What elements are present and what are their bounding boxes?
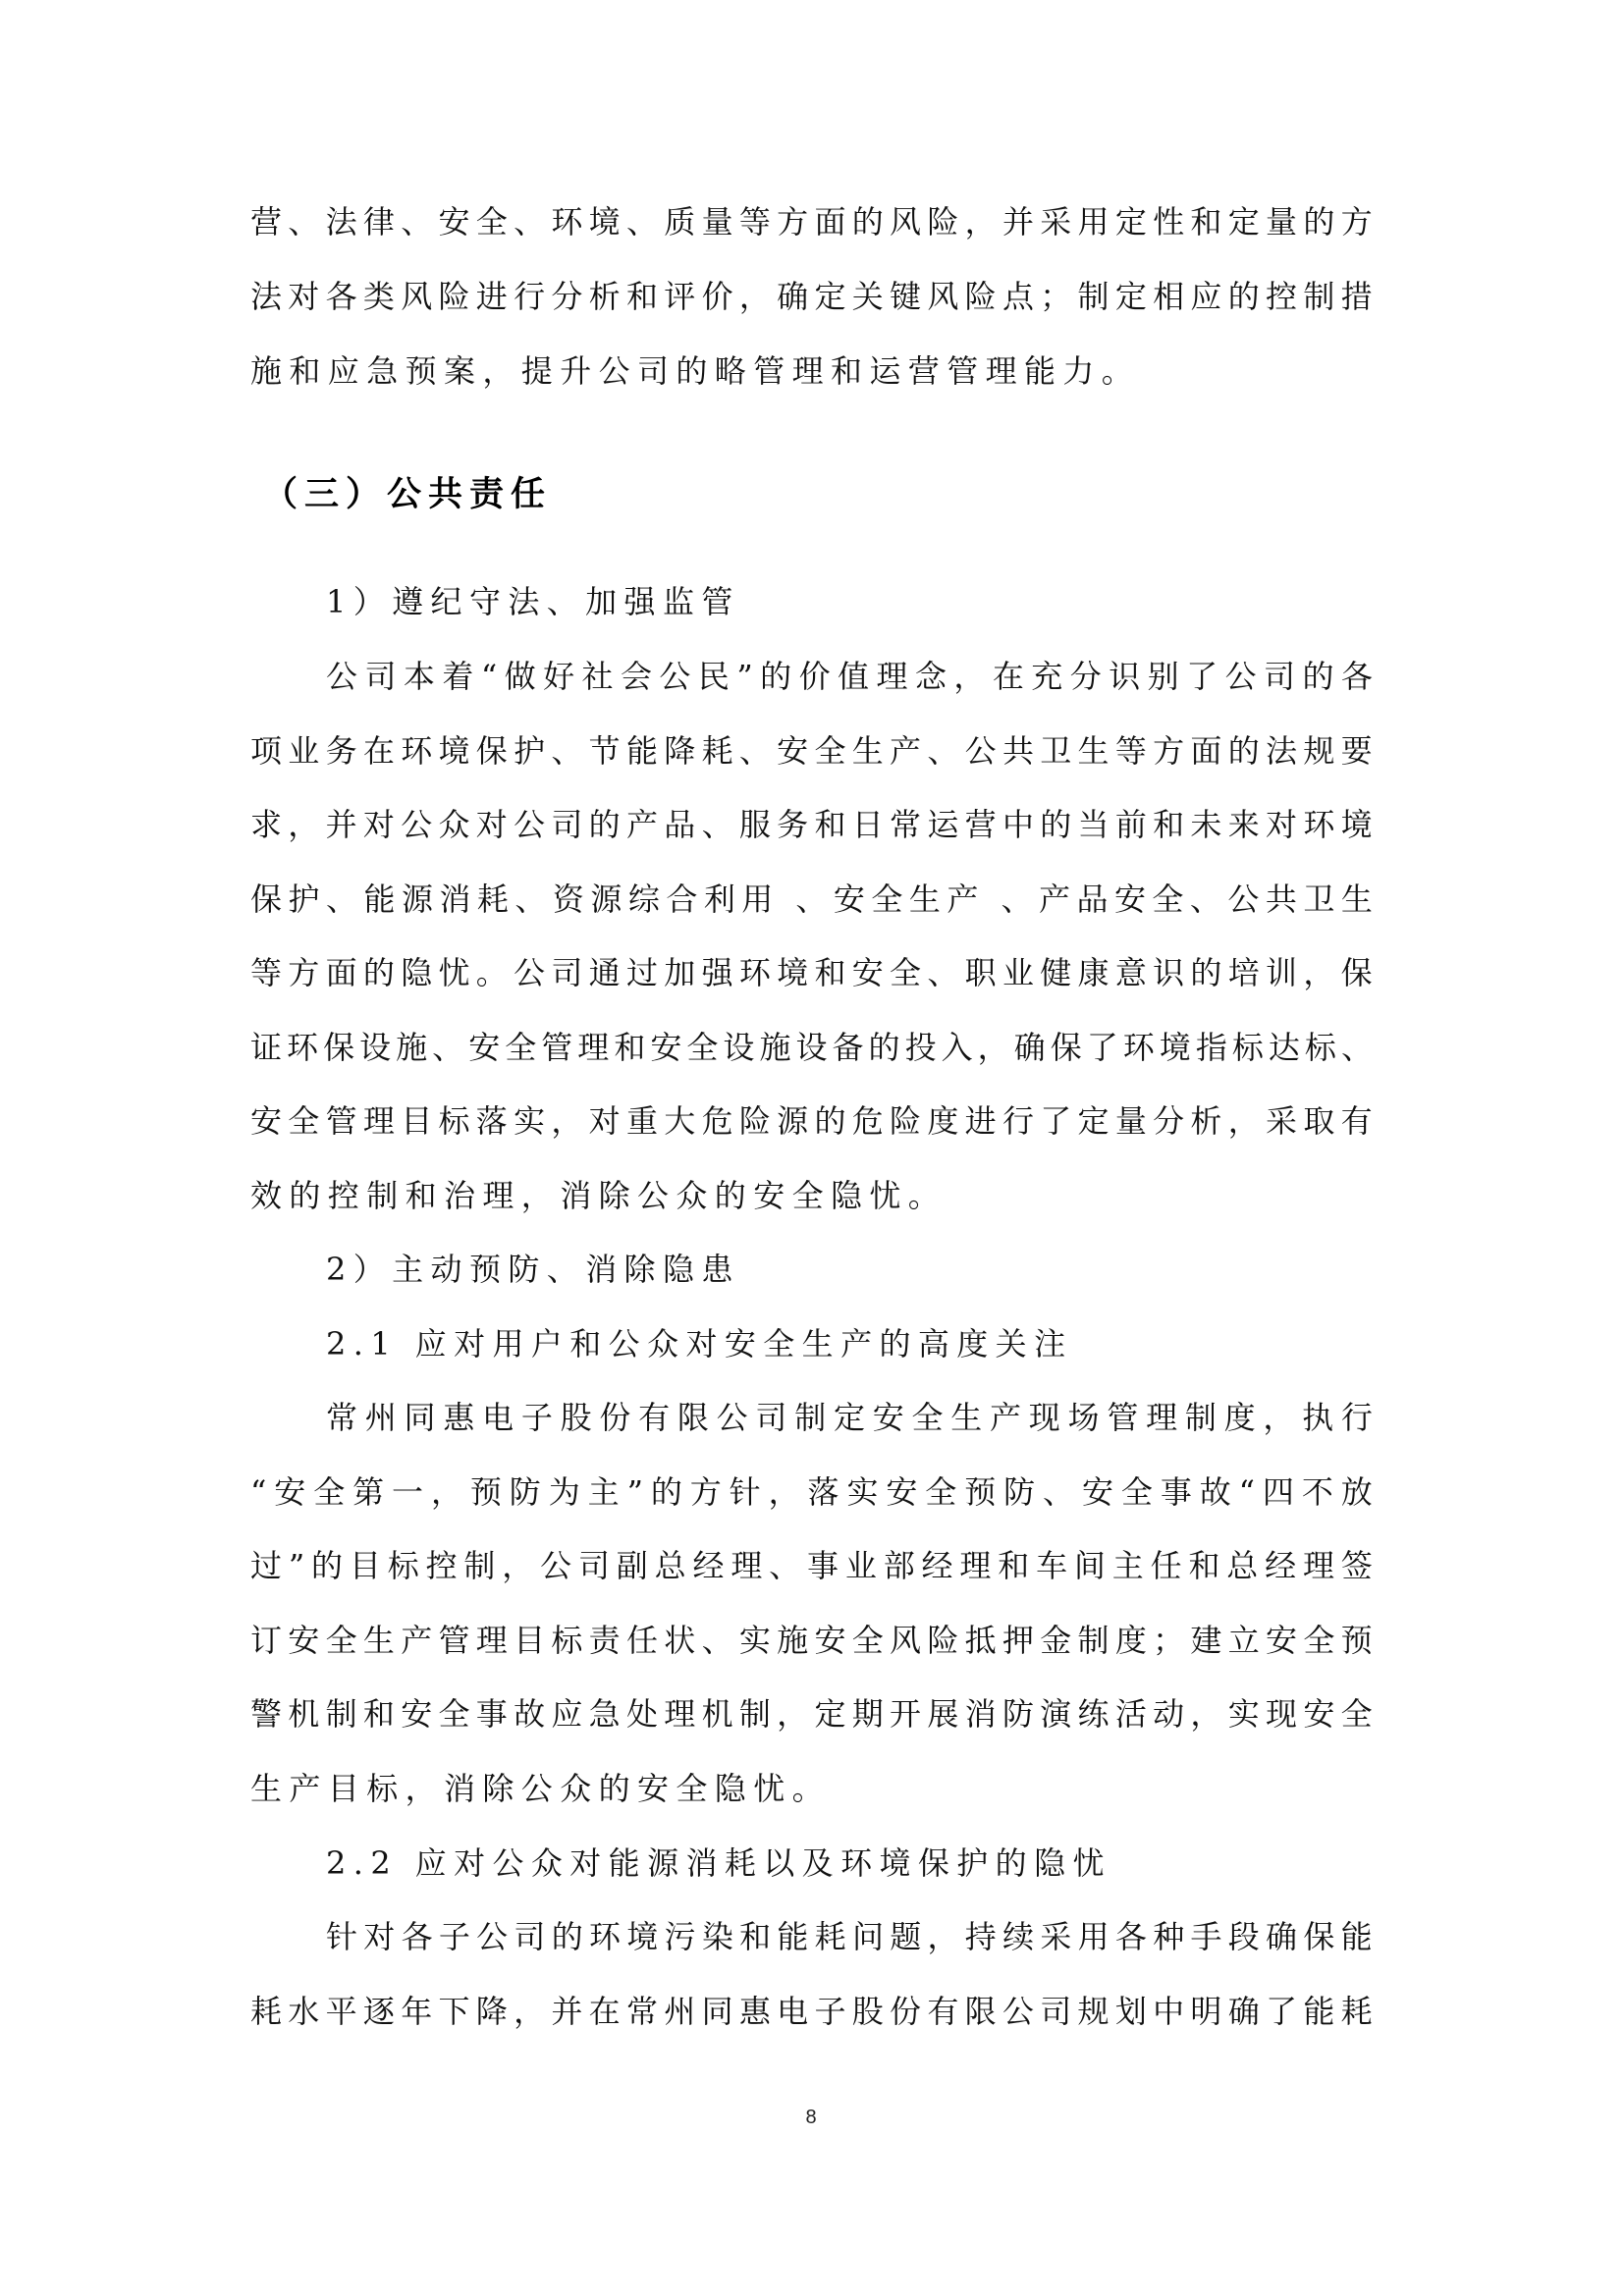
glyph: 度 [1115,1619,1147,1662]
glyph: 求 [250,803,282,846]
glyph: 在 [993,655,1024,698]
glyph: ， [1303,951,1334,994]
glyph: 公 [1225,655,1257,698]
glyph: 的 [1228,275,1260,318]
glyph: 境 [1341,803,1373,846]
glyph: 建 [1190,1619,1221,1662]
glyph: 份 [890,1990,921,2033]
glyph: 理 [959,1544,991,1587]
glyph: 副 [617,1544,648,1587]
glyph: 全 [852,1619,884,1662]
glyph: 要 [1341,729,1373,773]
glyph: 对 [589,1099,621,1143]
glyph: 、 [326,878,357,921]
glyph: 动 [1153,1692,1184,1735]
glyph: 定 [1078,1099,1110,1143]
glyph: 了 [1040,1099,1071,1143]
glyph: ， [1228,1099,1260,1143]
glyph: 源 [402,878,433,921]
glyph: ， [953,655,985,698]
glyph: 环 [551,200,582,243]
glyph: 电 [482,1396,514,1439]
glyph: 执 [1302,1396,1333,1439]
glyph: 制 [794,1396,826,1439]
glyph: 事 [1161,1470,1192,1514]
paragraph-line: 过”的目标控制，公司副总经理、事业部经理和车间主任和总经理签 [250,1544,1373,1587]
glyph: 方 [777,200,808,243]
glyph: 处 [626,1692,658,1735]
glyph: 目 [401,1099,432,1143]
glyph: 全 [313,1470,345,1514]
glyph: 标 [1305,1026,1336,1069]
glyph: 的 [363,951,395,994]
glyph: 生 [909,878,941,921]
glyph: 产 [947,878,978,921]
subsection-title: 2.2 应对公众对能源消耗以及环境保护的隐忧 [326,1842,1373,1885]
glyph: 前 [1115,803,1147,846]
glyph: ， [928,1915,959,1958]
glyph: 大 [664,1099,695,1143]
glyph: 抵 [965,1619,997,1662]
glyph: 、 [927,951,958,994]
glyph: 和 [363,1692,395,1735]
glyph: 、 [626,200,658,243]
glyph: 实 [739,1619,771,1662]
paragraph-line: 效的控制和治理，消除公众的安全隐忧。 [250,1174,1373,1217]
paragraph-line: 警机制和安全事故应急处理机制，定期开展消防演练活动，实现安全 [250,1692,1373,1735]
glyph: 年 [401,1990,432,2033]
glyph: 施 [777,1619,808,1662]
glyph: 保 [323,1026,354,1069]
glyph: 公 [540,1544,571,1587]
glyph: “ [1239,1470,1255,1514]
glyph: 保 [1051,1026,1082,1069]
glyph: 在 [589,1990,621,2033]
glyph: 应 [1190,275,1221,318]
paragraph-line: 订安全生产管理目标责任状、实施安全风险抵押金制度；建立安全预 [250,1619,1373,1662]
glyph: 析 [589,275,621,318]
glyph: 现 [1266,1692,1297,1735]
glyph: 的 [869,1026,900,1069]
glyph: 的 [814,1099,845,1143]
glyph: 对 [288,275,319,318]
glyph: 措 [1341,275,1373,318]
glyph: 常 [326,1396,357,1439]
glyph: 隐 [401,951,432,994]
glyph: 生 [363,1619,395,1662]
glyph: 等 [250,951,282,994]
glyph: 四 [1263,1470,1294,1514]
glyph: 规 [1078,1990,1110,2033]
glyph: 理 [876,655,907,698]
glyph: 职 [965,951,997,994]
paragraph-line: 施和应急预案，提升公司的略管理和运营管理能力。 [250,349,1373,393]
glyph: 确 [777,275,808,318]
glyph: 全 [1121,1470,1153,1514]
glyph: 安 [401,1692,432,1735]
glyph: 好 [543,655,574,698]
glyph: 全 [326,1619,357,1662]
glyph: 全 [476,200,508,243]
glyph: 环 [589,1915,621,1958]
glyph: 、 [769,1544,800,1587]
glyph: 公 [965,729,997,773]
glyph: 目 [514,1619,545,1662]
glyph: 度 [927,1099,958,1143]
glyph: 规 [1303,729,1334,773]
glyph: 、 [795,878,827,921]
glyph: 律 [363,200,395,243]
glyph: 风 [890,1619,921,1662]
glyph: 公 [326,655,357,698]
glyph: 采 [1266,1099,1297,1143]
glyph: 控 [1266,275,1297,318]
glyph: 、 [702,803,733,846]
glyph: 耗 [477,878,509,921]
glyph: 并 [1002,200,1034,243]
glyph: 并 [326,803,357,846]
glyph: 键 [890,275,921,318]
glyph: 染 [702,1915,733,1958]
glyph: 达 [1269,1026,1300,1069]
paragraph-line: 针对各子公司的环境污染和能耗问题，持续采用各种手段确保能 [326,1915,1373,1958]
glyph: 卫 [1303,878,1334,921]
glyph: 充 [1031,655,1062,698]
glyph: ” [289,1544,304,1587]
glyph: ， [769,1470,800,1514]
glyph: 管 [326,1099,357,1143]
glyph: 预 [470,1470,502,1514]
glyph: 做 [505,655,536,698]
glyph: 境 [1160,1026,1191,1069]
glyph: 险 [965,275,997,318]
glyph: 环 [287,1026,318,1069]
glyph: 不 [1302,1470,1333,1514]
glyph: 活 [1115,1692,1147,1735]
glyph: 现 [1029,1396,1060,1439]
glyph: 机 [702,1692,733,1735]
glyph: 主 [588,1470,620,1514]
glyph: 、 [514,878,546,921]
glyph: 持 [965,1915,997,1958]
glyph: 同 [405,1396,436,1439]
glyph: 定 [814,1692,845,1735]
glyph: 司 [551,803,582,846]
glyph: 标 [438,1099,469,1143]
glyph: 公 [401,803,432,846]
glyph: 防 [510,1470,541,1514]
glyph: 险 [890,1099,921,1143]
glyph: 险 [927,1619,958,1662]
glyph: 风 [401,275,432,318]
glyph: 进 [965,1099,997,1143]
glyph: 限 [965,1990,997,2033]
glyph: 对 [476,803,508,846]
glyph: 危 [852,1099,884,1143]
glyph: 、 [1341,1026,1373,1069]
glyph: 安 [1266,1619,1297,1662]
glyph: 分 [1153,1099,1184,1143]
glyph: 制 [1185,1396,1217,1439]
glyph: 全 [1152,878,1183,921]
glyph: 、 [702,1619,733,1662]
glyph: 耗 [1341,1990,1373,2033]
glyph: 制 [1078,275,1110,318]
glyph: 演 [1040,1692,1071,1735]
paragraph-line: 营、法律、安全、环境、质量等方面的风险，并采用定性和定量的方 [250,200,1373,243]
glyph: 公 [717,1396,748,1439]
glyph: 耗 [250,1990,282,2033]
glyph: 安 [873,1396,904,1439]
glyph: 采 [1040,1915,1071,1958]
glyph [985,878,995,921]
glyph: 关 [852,275,884,318]
glyph: 全 [438,1692,469,1735]
glyph: 全 [505,1026,536,1069]
glyph: 公 [476,1915,508,1958]
glyph: 为 [549,1470,580,1514]
glyph: 降 [664,729,695,773]
glyph: 子 [521,1396,553,1439]
glyph: 营 [250,200,282,243]
glyph: 逐 [363,1990,395,2033]
page-number: 8 [801,2107,821,2129]
glyph: 、 [1190,878,1221,921]
glyph: 的 [852,200,884,243]
glyph: 和 [1153,803,1184,846]
glyph: 环 [1123,1026,1155,1069]
glyph: 对 [1266,803,1297,846]
glyph: ” [736,655,752,698]
glyph: 耗 [815,1915,846,1958]
glyph: 评 [664,275,695,318]
glyph: 常 [626,1990,658,2033]
glyph: 项 [250,729,282,773]
glyph: 生 [950,1396,982,1439]
glyph: 全 [911,1396,943,1439]
glyph: 安 [274,1470,305,1514]
glyph: ， [288,803,319,846]
glyph: 安 [852,951,884,994]
glyph: 全 [1341,1692,1373,1735]
glyph: 公 [1227,878,1259,921]
glyph: 方 [690,1470,722,1514]
glyph: 任 [1151,1544,1182,1587]
glyph: 全 [890,951,921,994]
glyph: 方 [288,951,319,994]
glyph: 的 [1040,803,1071,846]
glyph: 司 [551,951,582,994]
glyph: 各 [1115,1915,1147,1958]
glyph: 价 [799,655,831,698]
glyph: 质 [664,200,695,243]
glyph: 务 [777,803,808,846]
glyph: 、 [927,729,958,773]
glyph: 能 [1303,1990,1334,2033]
glyph: 故 [514,1692,545,1735]
glyph: 管 [1107,1396,1138,1439]
glyph: 电 [777,1990,808,2033]
glyph: 总 [655,1544,686,1587]
glyph: 的 [760,655,791,698]
glyph: 康 [1078,951,1110,994]
glyph: 定 [834,1396,865,1439]
glyph: 、 [1043,1470,1074,1514]
glyph: 过 [250,1544,282,1587]
glyph: 并 [551,1990,582,2033]
glyph: 立 [1228,1619,1260,1662]
glyph: 保 [250,878,282,921]
glyph: 划 [1115,1990,1147,2033]
glyph: 押 [1002,1619,1034,1662]
glyph: 众 [438,803,469,846]
glyph: 源 [777,1099,808,1143]
glyph: 间 [1074,1544,1106,1587]
glyph: 量 [702,200,733,243]
glyph: 水 [288,1990,319,2033]
paragraph-line: 等方面的隐忧。公司通过加强环境和安全、职业健康意识的培训，保 [250,951,1373,994]
glyph: 保 [1341,951,1373,994]
glyph: 展 [927,1692,958,1735]
glyph: 全 [1303,1619,1334,1662]
glyph: 行 [514,275,545,318]
glyph: 警 [250,1692,282,1735]
glyph: ， [551,1099,582,1143]
glyph: 意 [1115,951,1147,994]
glyph: 未 [1190,803,1221,846]
glyph: 服 [739,803,771,846]
glyph: 各 [326,275,357,318]
glyph: 理 [577,1026,609,1069]
glyph: 日 [852,803,884,846]
paragraph-line: 求，并对公众对公司的产品、服务和日常运营中的当前和未来对环境 [250,803,1373,846]
glyph: 方 [1153,729,1184,773]
glyph: 司 [514,1915,545,1958]
glyph: 应 [551,1692,582,1735]
glyph: 和 [1190,200,1221,243]
glyph: 节 [589,729,621,773]
glyph: 取 [1303,1099,1334,1143]
glyph: 全 [814,729,845,773]
glyph: 用 [741,878,773,921]
glyph: 目 [350,1544,381,1587]
glyph: 和 [739,1915,771,1958]
glyph: ， [502,1544,533,1587]
glyph: 的 [1228,729,1260,773]
glyph: 段 [1228,1915,1260,1958]
glyph: 设 [795,1026,827,1069]
glyph: 和 [814,951,845,994]
glyph: 证 [250,1026,282,1069]
glyph: 题 [890,1915,921,1958]
glyph: 法 [250,275,282,318]
glyph: 公 [514,951,545,994]
glyph: 过 [626,951,658,994]
glyph: 预 [1341,1619,1373,1662]
glyph: ； [1153,1619,1184,1662]
glyph: 念 [915,655,947,698]
glyph: 指 [1196,1026,1227,1069]
glyph: 面 [814,200,845,243]
glyph: 定 [814,275,845,318]
glyph: 了 [1186,655,1218,698]
glyph: 经 [1265,1544,1296,1587]
glyph: 确 [1014,1026,1046,1069]
glyph: 确 [1266,1915,1297,1958]
section-heading: （三）公共责任 [263,473,552,516]
glyph: 司 [364,655,396,698]
glyph: 训 [1266,951,1297,994]
glyph: 别 [1148,655,1179,698]
glyph: 行 [1341,1396,1373,1439]
glyph: 合 [666,878,697,921]
glyph: 护 [288,878,319,921]
glyph: 加 [664,951,695,994]
glyph: 有 [638,1396,670,1439]
glyph: 备 [833,1026,864,1069]
glyph: 产 [990,1396,1021,1439]
glyph: 量 [1115,1099,1147,1143]
glyph: 的 [1190,951,1221,994]
glyph: 采 [1040,200,1071,243]
glyph: 施 [759,1026,790,1069]
glyph: 事 [807,1544,839,1587]
glyph: 司 [1264,655,1295,698]
glyph: 投 [905,1026,937,1069]
glyph: 能 [363,878,395,921]
glyph: 方 [1341,200,1373,243]
glyph: 针 [326,1915,357,1958]
glyph: 护 [514,729,545,773]
glyph: ” [627,1470,643,1514]
paragraph-line: 公司本着“做好社会公民”的价值理念，在充分识别了公司的各 [326,655,1373,698]
glyph: 能 [626,729,658,773]
glyph: ， [777,1692,808,1735]
glyph: 识 [1153,951,1184,994]
glyph: 、 [401,200,432,243]
glyph: 同 [702,1990,733,2033]
glyph: 理 [476,1619,508,1662]
glyph: 社 [582,655,614,698]
glyph: 来 [1228,803,1260,846]
glyph: 分 [551,275,582,318]
paragraph-line: 项业务在环境保护、节能降耗、安全生产、公共卫生等方面的法规要 [250,729,1373,773]
glyph: 入 [942,1026,973,1069]
glyph: 施 [396,1026,427,1069]
glyph: 公 [659,655,690,698]
glyph: 进 [476,275,508,318]
paragraph-line: “安全第一，预防为主”的方针，落实安全预防、安全事故“四不放 [250,1470,1373,1514]
glyph: 资 [553,878,584,921]
glyph: 环 [739,951,771,994]
glyph: 等 [739,200,771,243]
glyph: 金 [1040,1619,1071,1662]
glyph: 分 [1070,655,1102,698]
glyph: 和 [1188,1544,1219,1587]
glyph: 了 [1266,1990,1297,2033]
glyph: 产 [1039,878,1070,921]
glyph: 各 [402,1915,433,1958]
glyph: 安 [834,878,865,921]
glyph: 境 [438,729,469,773]
glyph: 实 [514,1099,545,1143]
glyph: 品 [1076,878,1108,921]
glyph: “ [250,1470,266,1514]
glyph: 降 [476,1990,508,2033]
glyph: 生 [852,729,884,773]
glyph: 设 [359,1026,391,1069]
glyph: 全 [686,1026,718,1069]
